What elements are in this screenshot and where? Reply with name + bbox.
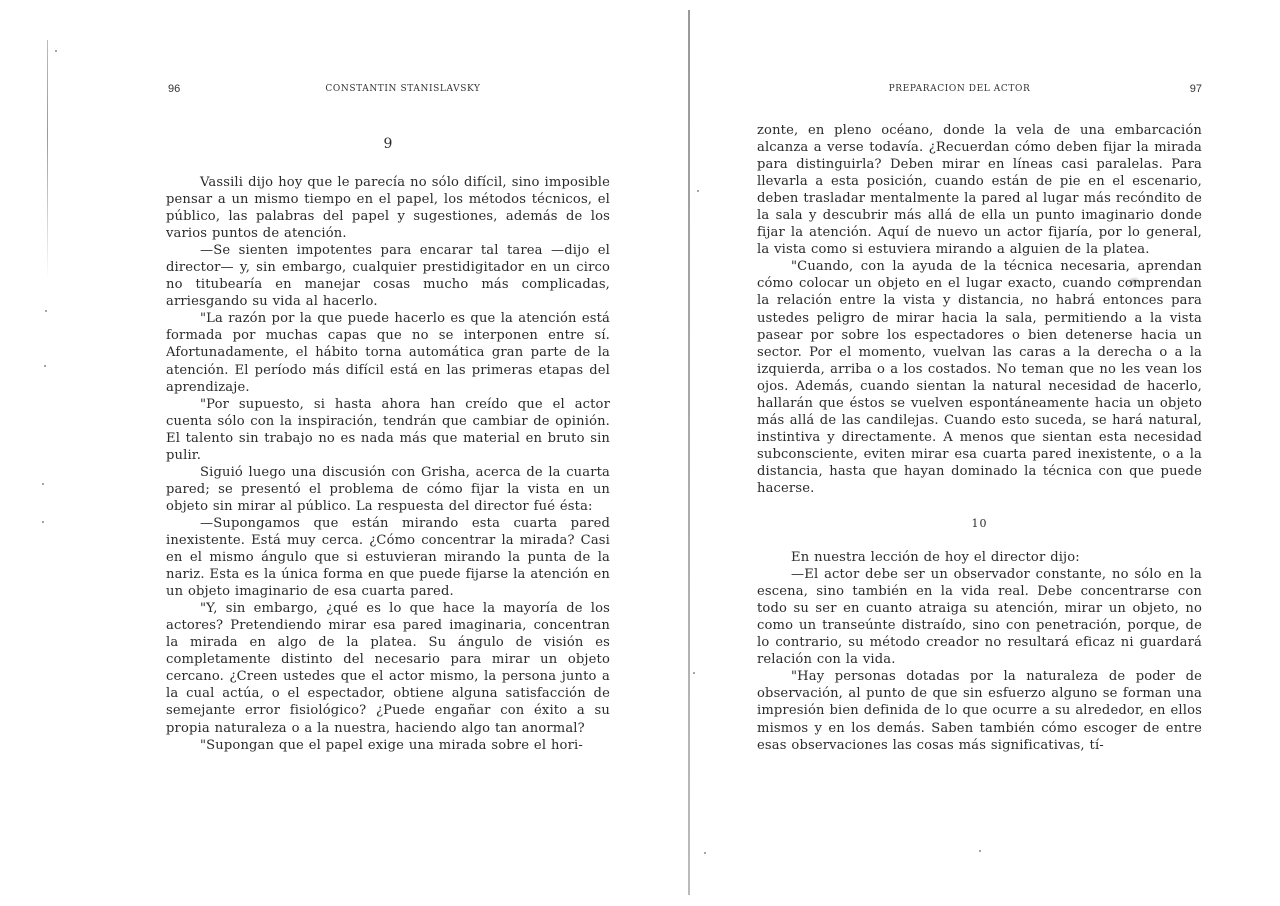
paragraph: "Y, sin embargo, ¿qué es lo que hace la … (166, 600, 610, 736)
paragraph: En nuestra lección de hoy el director di… (757, 549, 1202, 566)
body-text: 9 Vassili dijo hoy que le parecía no sól… (166, 136, 610, 754)
running-head: 96 CONSTANTIN STANISLAVSKY (166, 84, 610, 98)
page-number: 97 (1190, 83, 1202, 95)
paragraph: Vassili dijo hoy que le parecía no sólo … (166, 174, 610, 242)
paragraph: "La razón por la que puede hacerlo es qu… (166, 310, 610, 395)
scan-speck (55, 50, 57, 52)
book-spine-gutter (688, 10, 690, 895)
paragraph: —Se sienten impotentes para encarar tal … (166, 242, 610, 310)
scan-speck (42, 483, 44, 485)
paragraph: zonte, en pleno océano, donde la vela de… (757, 122, 1202, 258)
body-text: zonte, en pleno océano, donde la vela de… (757, 122, 1202, 754)
paragraph: "Por supuesto, si hasta ahora han creído… (166, 396, 610, 464)
paragraph: —Supongamos que están mirando esta cuart… (166, 515, 610, 600)
scan-speck (45, 310, 47, 312)
scan-speck (704, 852, 706, 854)
chapter-number: 9 (166, 136, 610, 174)
scan-speck (42, 521, 44, 523)
paragraph: Siguió luego una discusión con Grisha, a… (166, 464, 610, 515)
paragraph: —El actor debe ser un observador constan… (757, 566, 1202, 668)
left-page: 96 CONSTANTIN STANISLAVSKY 9 Vassili dij… (166, 0, 610, 906)
page-number: 96 (168, 83, 180, 95)
scan-speck (697, 190, 699, 192)
paragraph: "Hay personas dotadas por la naturaleza … (757, 668, 1202, 753)
paragraph: "Supongan que el papel exige una mirada … (166, 737, 610, 754)
paragraph: "Cuando, con la ayuda de la técnica nece… (757, 258, 1202, 497)
chapter-number: 10 (757, 503, 1202, 549)
running-head: PREPARACION DEL ACTOR 97 (757, 84, 1202, 98)
scan-speck (693, 672, 695, 674)
running-head-title: CONSTANTIN STANISLAVSKY (196, 84, 610, 94)
scan-edge-mark (47, 40, 48, 280)
right-page: PREPARACION DEL ACTOR 97 zonte, en pleno… (757, 0, 1202, 906)
running-head-title: PREPARACION DEL ACTOR (757, 84, 1162, 94)
scan-speck (44, 365, 46, 367)
